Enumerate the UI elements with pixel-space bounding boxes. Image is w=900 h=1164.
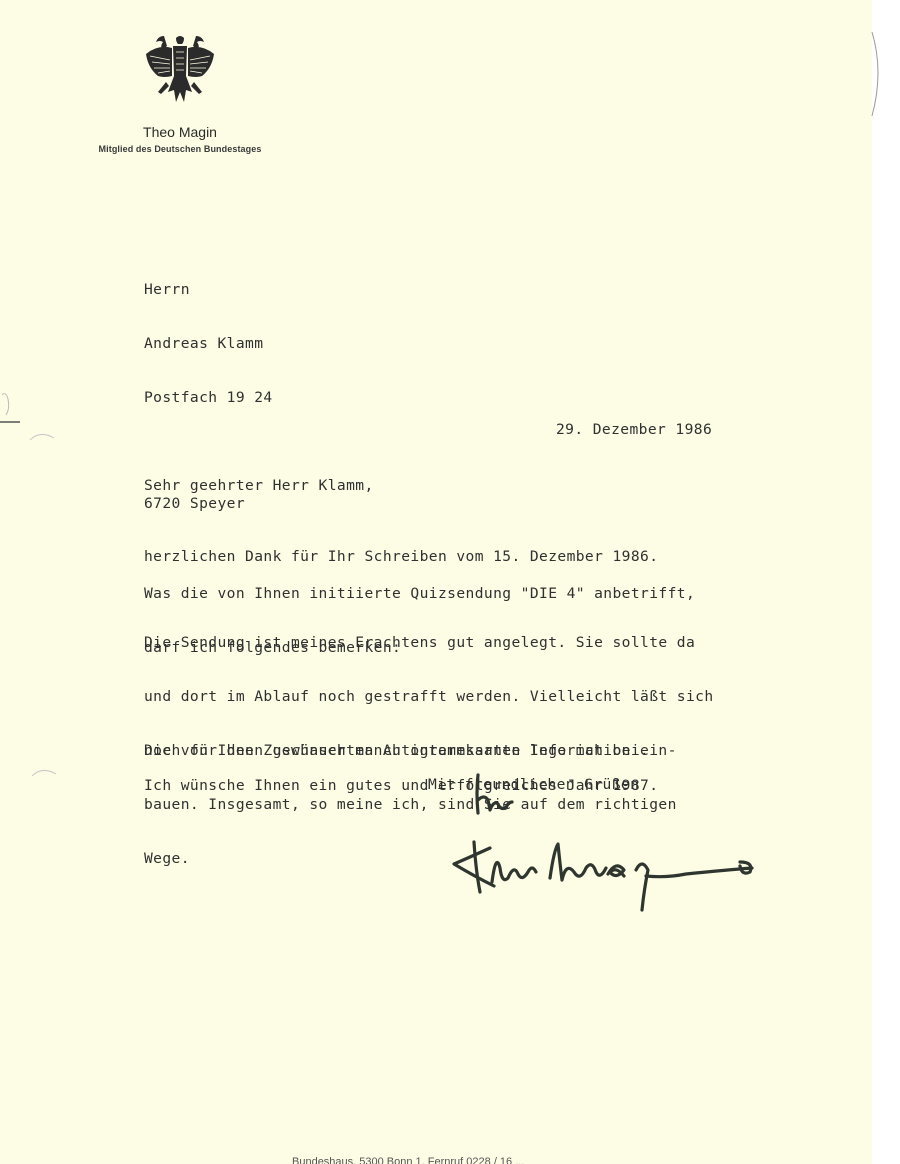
recipient-name: Andreas Klamm [144,335,273,353]
scan-margin [872,0,900,1164]
scan-smudge [0,385,24,425]
letterhead-footer: Bundeshaus, 5300 Bonn 1, Fernruf 0228 / … [292,1156,524,1164]
federal-eagle-icon [142,30,218,108]
recipient-city: 6720 Speyer [144,495,273,513]
paper-crease-mark [28,428,58,442]
recipient-street: Postfach 19 24 [144,389,273,407]
sender-name: Theo Magin [80,124,280,140]
salutation: Sehr geehrter Herr Klamm, [144,477,374,495]
letter-date: 29. Dezember 1986 [556,421,712,439]
recipient-salutation: Herrn [144,281,273,299]
paper-edge-curl [870,28,886,118]
handwritten-signature [440,770,770,920]
sender-role: Mitglied des Deutschen Bundestages [60,144,300,154]
paper-crease-mark [30,764,60,778]
